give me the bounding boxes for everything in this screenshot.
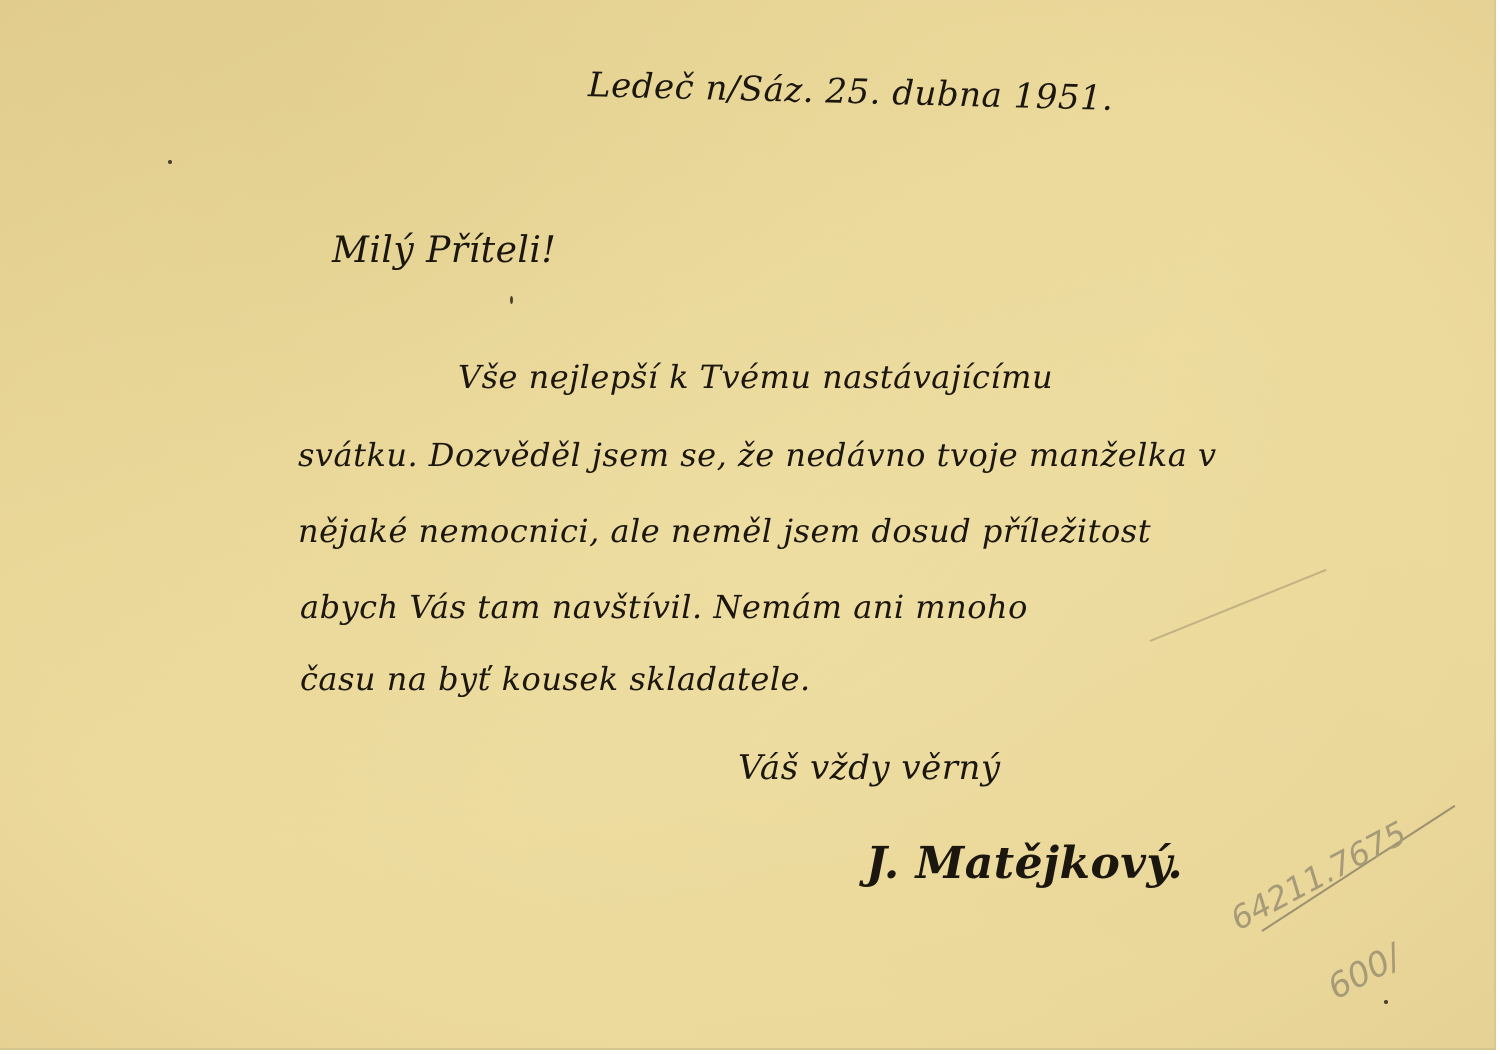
letter-paper: Ledeč n/Sáz. 25. dubna 1951. Milý Přítel… [0, 0, 1496, 1050]
closing: Váš vždy věrný [738, 748, 1001, 788]
paper-speck [168, 160, 172, 164]
date-line: Ledeč n/Sáz. 25. dubna 1951. [588, 65, 1114, 119]
signature: J. Matějkový. [866, 838, 1183, 889]
faint-pen-stroke [1150, 569, 1327, 642]
paper-speck [1384, 1000, 1388, 1004]
paper-speck [510, 296, 513, 304]
pencil-price: 600/ [1321, 937, 1407, 1008]
body-line-2: svátku. Dozvěděl jsem se, že nedávno tvo… [298, 436, 1217, 474]
body-line-3: nějaké nemocnici, ale neměl jsem dosud p… [298, 512, 1151, 550]
body-line-5: času na byť kousek skladatele. [300, 660, 811, 698]
salutation: Milý Příteli! [332, 230, 556, 271]
body-line-1: Vše nejlepší k Tvému nastávajícímu [458, 358, 1053, 396]
body-line-4: abych Vás tam navštívil. Nemám ani mnoho [300, 588, 1028, 626]
pencil-reference-number: 64211.7675 [1224, 814, 1413, 938]
